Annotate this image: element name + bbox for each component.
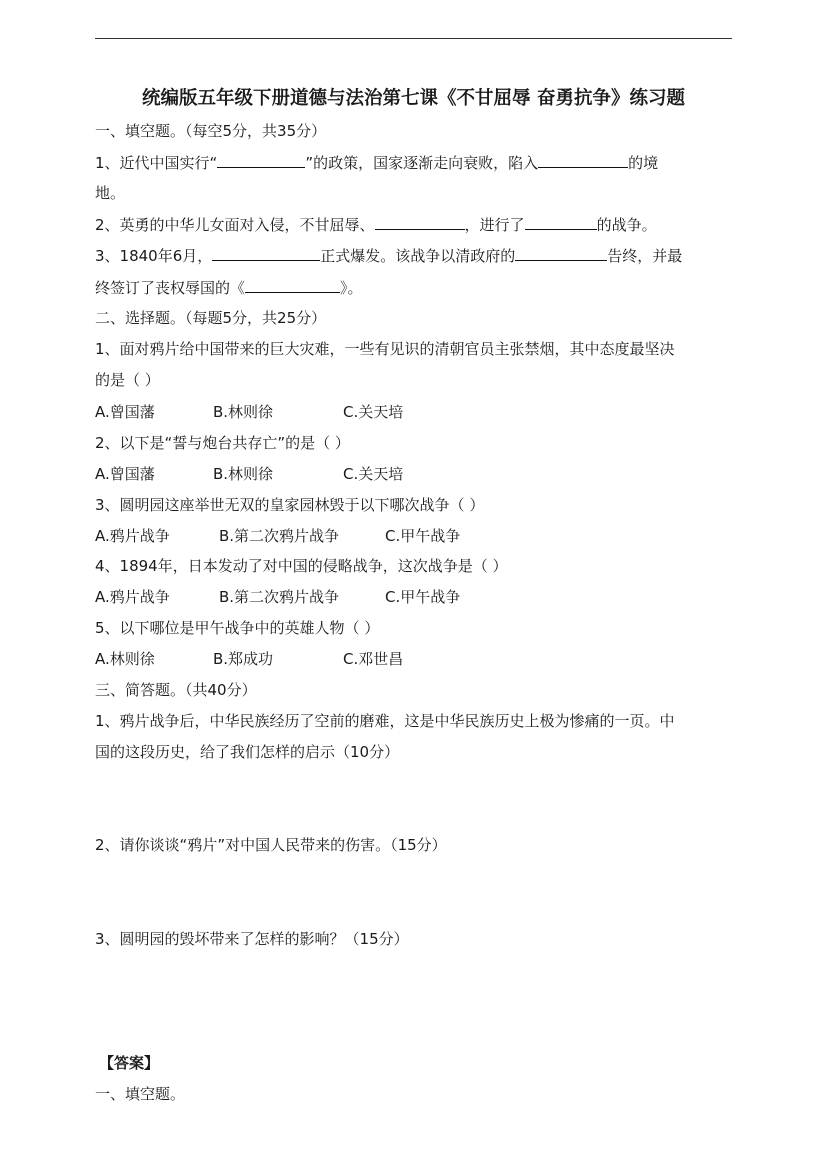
header-rule [95,38,732,39]
q2-blank-1[interactable] [375,214,465,230]
section1-heading: 一、填空题。（每空5分，共35分） [95,121,326,141]
q3-text-e: 》。 [340,279,363,297]
option-b[interactable]: B.第二次鸦片战争 [219,526,339,546]
choice-q1-line1: 1、面对鸦片给中国带来的巨大灾难，一些有见识的清朝官员主张禁烟，其中态度最坚决 [95,339,675,359]
option-c[interactable]: C.邓世昌 [343,649,403,669]
section3-heading: 三、简答题。（共40分） [95,680,257,700]
option-b[interactable]: B.第二次鸦片战争 [219,587,339,607]
short-q2: 2、请你谈谈“鸦片”对中国人民带来的伤害。（15分） [95,835,447,855]
q1-text-a: 1、近代中国实行“ [95,154,217,172]
fill-q3-line1: 3、1840年6月，正式爆发。该战争以清政府的告终，并最 [95,245,682,266]
answers-section1: 一、填空题。 [95,1084,185,1104]
option-a[interactable]: A.鸦片战争 [95,587,170,607]
choice-q1-line2: 的是（ ） [95,370,160,390]
q1-blank-2[interactable] [538,152,628,168]
q1-text-b: ”的政策，国家逐渐走向衰败，陷入 [305,154,538,172]
choice-q5-stem: 5、以下哪位是甲午战争中的英雄人物（ ） [95,618,379,638]
answers-heading: 【答案】 [99,1053,159,1073]
short-q3: 3、圆明园的毁坏带来了怎样的影响？（15分） [95,929,409,949]
fill-q2: 2、英勇的中华儿女面对入侵，不甘屈辱、，进行了的战争。 [95,214,657,235]
q3-text-b: 正式爆发。该战争以清政府的 [320,247,515,265]
q3-blank-3[interactable] [245,277,340,293]
q1-blank-1[interactable] [217,152,305,168]
option-b[interactable]: B.郑成功 [213,649,273,669]
option-c[interactable]: C.甲午战争 [385,587,460,607]
option-b[interactable]: B.林则徐 [213,402,273,422]
q3-blank-1[interactable] [212,245,320,261]
option-c[interactable]: C.关天培 [343,402,403,422]
option-c[interactable]: C.甲午战争 [385,526,460,546]
option-a[interactable]: A.鸦片战争 [95,526,170,546]
short-q1-line2: 国的这段历史，给了我们怎样的启示（10分） [95,742,399,762]
fill-q3-line2: 终签订了丧权辱国的《》。 [95,277,363,298]
q3-text-c: 告终，并最 [607,247,682,265]
document-title: 统编版五年级下册道德与法治第七课《不甘屈辱 奋勇抗争》练习题 [95,87,732,111]
choice-q2-stem: 2、以下是“誓与炮台共存亡”的是（ ） [95,433,350,453]
q3-text-d: 终签订了丧权辱国的《 [95,279,245,297]
q2-blank-2[interactable] [525,214,597,230]
option-a[interactable]: A.曾国藩 [95,402,155,422]
q2-text-a: 2、英勇的中华儿女面对入侵，不甘屈辱、 [95,216,375,234]
section2-heading: 二、选择题。（每题5分，共25分） [95,308,326,328]
choice-q4-stem: 4、1894年，日本发动了对中国的侵略战争，这次战争是（ ） [95,556,508,576]
q2-text-b: ，进行了 [465,216,525,234]
option-c[interactable]: C.关天培 [343,464,403,484]
fill-q1-line1: 1、近代中国实行“”的政策，国家逐渐走向衰败，陷入的境 [95,152,658,173]
fill-q1-line2: 地。 [95,183,125,203]
q3-text-a: 3、1840年6月， [95,247,212,265]
option-a[interactable]: A.林则徐 [95,649,155,669]
option-a[interactable]: A.曾国藩 [95,464,155,484]
choice-q3-stem: 3、圆明园这座举世无双的皇家园林毁于以下哪次战争（ ） [95,495,484,515]
q1-text-c: 的境 [628,154,658,172]
option-b[interactable]: B.林则徐 [213,464,273,484]
q3-blank-2[interactable] [515,245,607,261]
q2-text-c: 的战争。 [597,216,657,234]
short-q1-line1: 1、鸦片战争后，中华民族经历了空前的磨难，这是中华民族历史上极为惨痛的一页。中 [95,711,675,731]
